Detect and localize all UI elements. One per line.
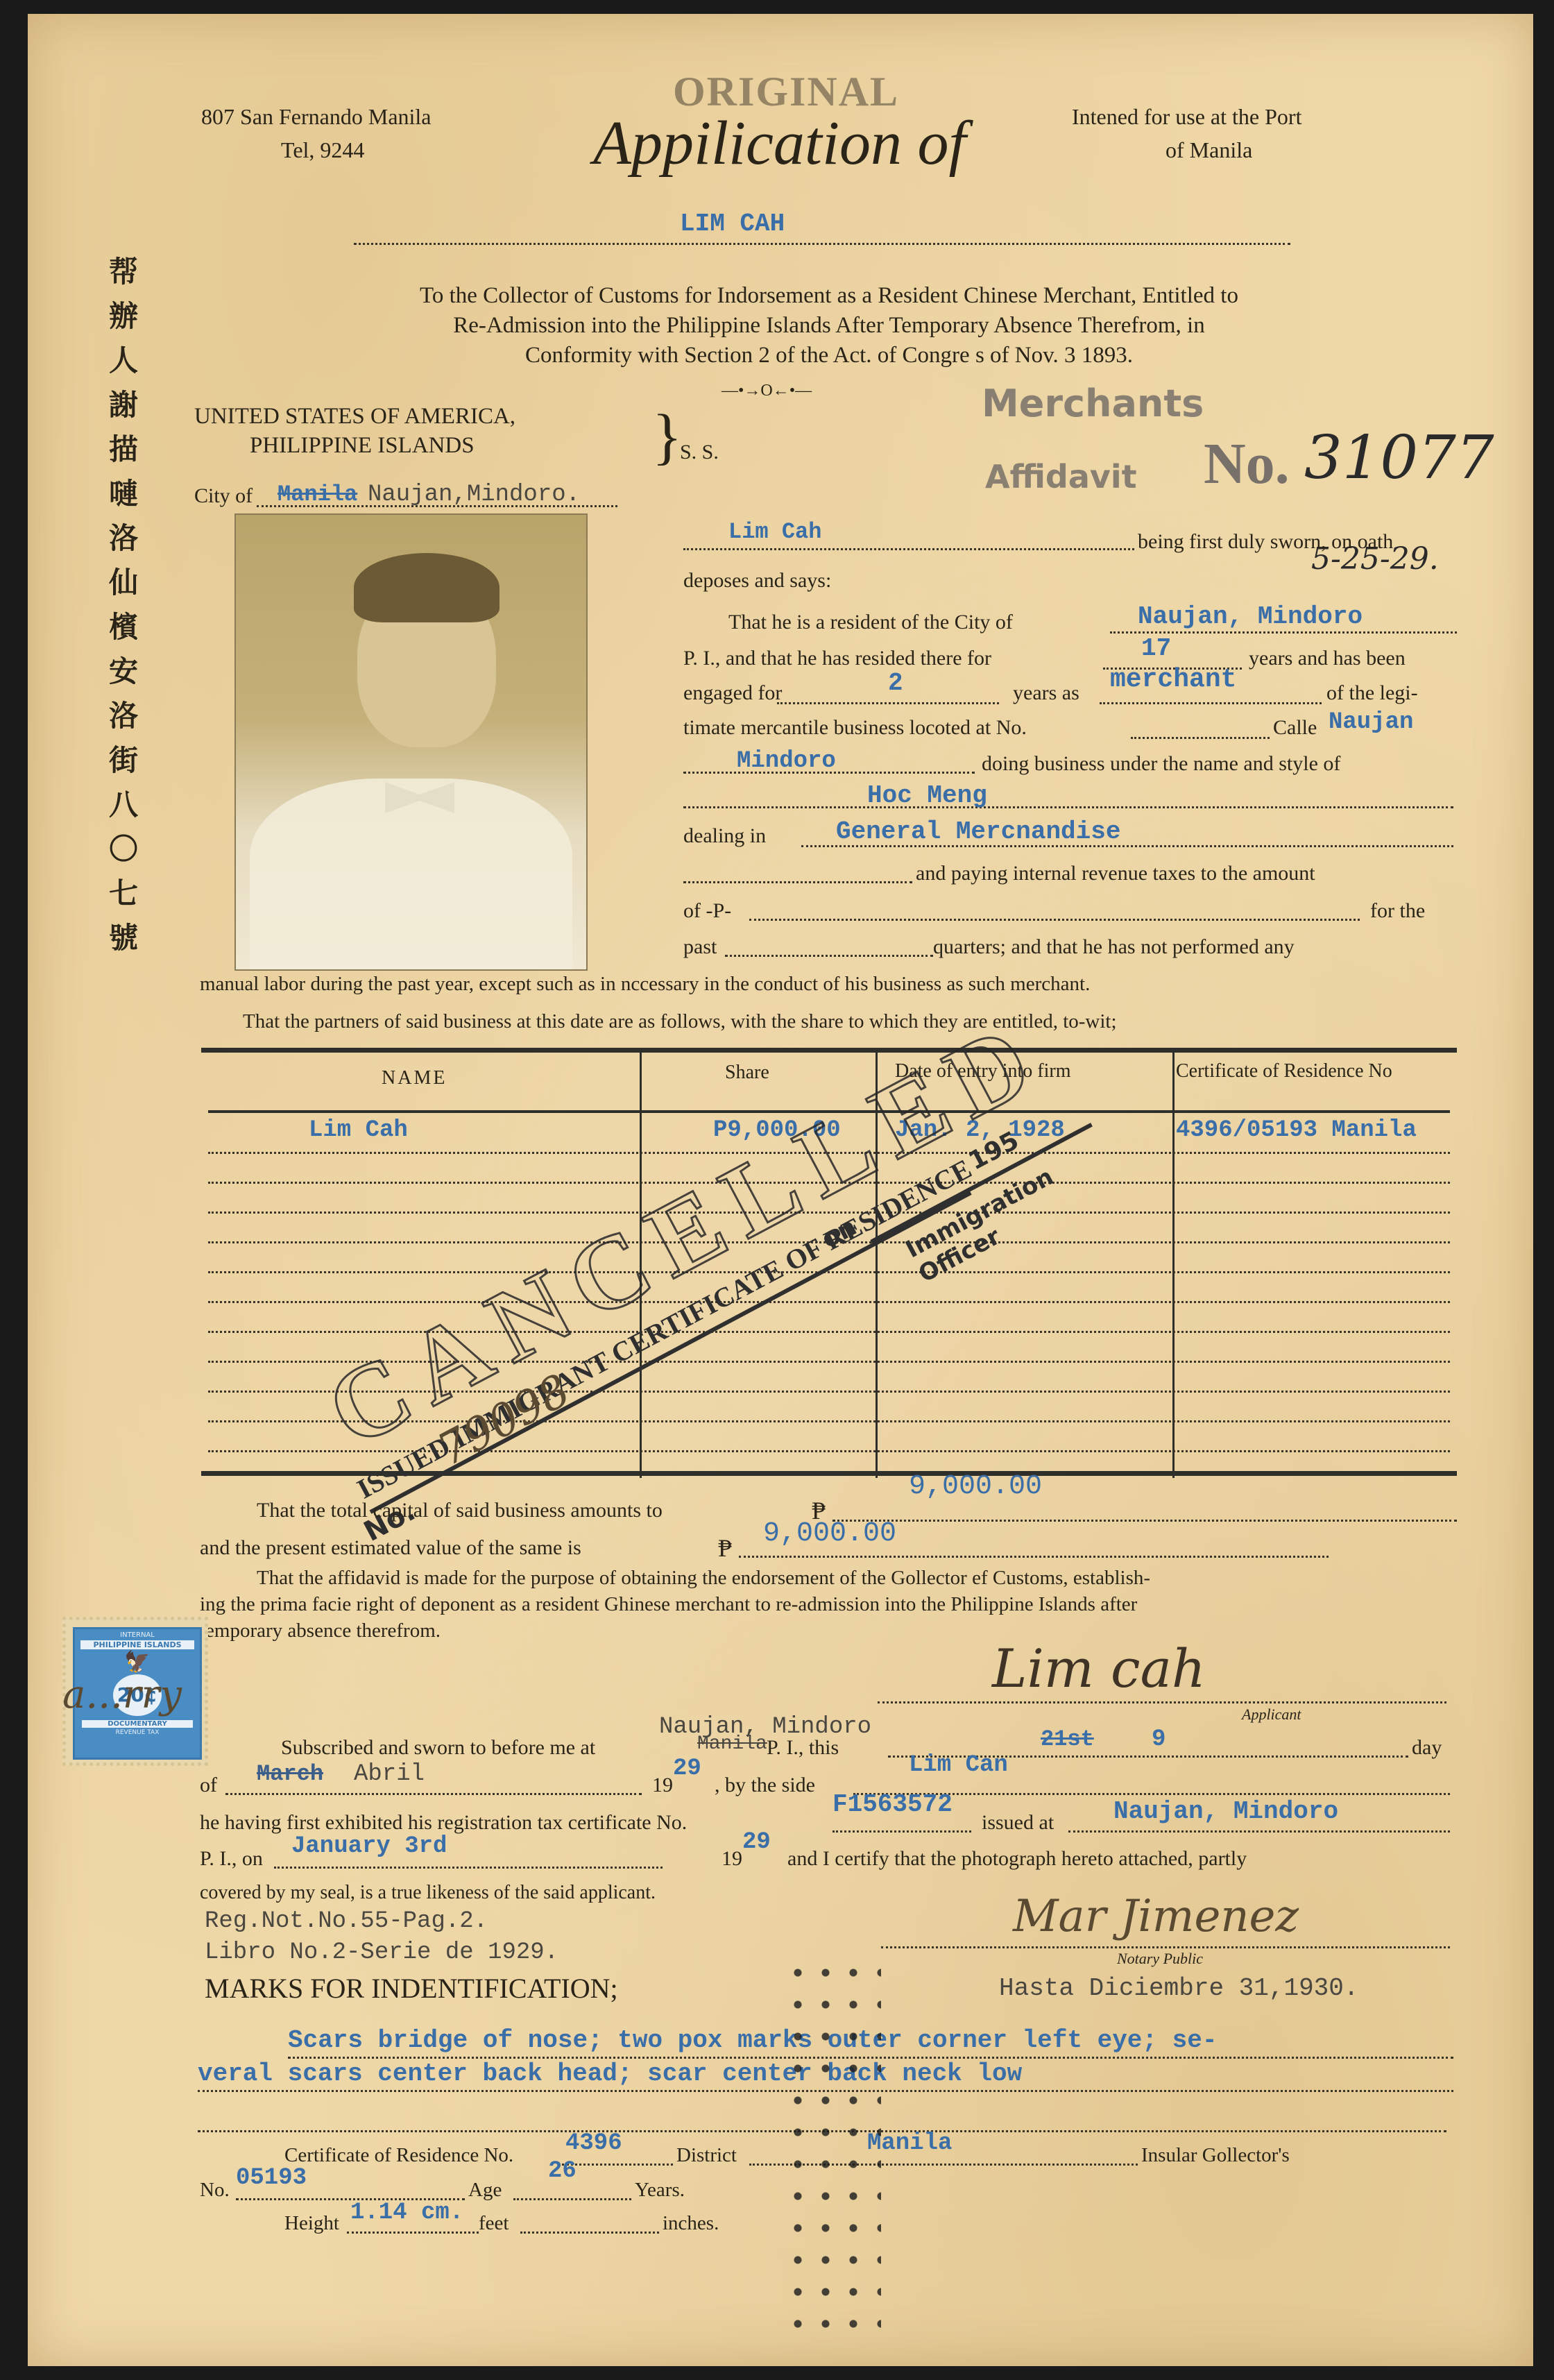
jurat-side-name: Lim Can	[909, 1752, 1008, 1778]
affidavit-no-label: No.	[1204, 430, 1290, 498]
telephone-line: Tel, 9244	[281, 137, 364, 163]
insular-no-value: 05193	[236, 2165, 307, 2191]
past-label: past	[683, 935, 717, 959]
city-struck-value: Manila	[277, 482, 357, 507]
jurisdiction-usa: UNITED STATES OF AMERICA,	[194, 404, 515, 430]
address-line: 807 San Fernando Manila	[201, 104, 432, 130]
chinese-vertical-text: 帮 辦 人 謝 描 嗹 洛 仙 檳 安 洛 街 八 〇 七 號	[103, 250, 144, 960]
resident-text: That he is a resident of the City of	[728, 611, 1013, 634]
jurat-day: 9	[1152, 1726, 1165, 1753]
subscribed-text: Subscribed and sworn to before me at	[281, 1736, 595, 1760]
affidavit-document: ORIGINAL 807 San Fernando Manila Tel, 92…	[28, 14, 1533, 2366]
tax-cert-no: F1563572	[832, 1790, 953, 1819]
of-label: of	[200, 1774, 217, 1797]
stamp-country: PHILIPPINE ISLANDS	[80, 1640, 194, 1649]
no-label: No.	[200, 2179, 230, 2202]
jurat-month: Abril	[354, 1761, 425, 1787]
stamp-cancel-signature: a...rry	[62, 1672, 182, 1717]
table-header-name: NAME	[382, 1067, 447, 1089]
age-value: 26	[548, 2158, 577, 2184]
merchants-stamp: Merchants	[982, 382, 1204, 425]
marks-line-1: Scars bridge of nose; two pox marks oute…	[288, 2026, 1217, 2055]
marks-heading: MARKS FOR INDENTIFICATION;	[205, 1972, 618, 2005]
height-label: Height	[284, 2212, 339, 2235]
tax-cert-text: he having first exhibited his registrati…	[200, 1811, 687, 1835]
purpose-line-3: temporary absence therefrom.	[200, 1620, 441, 1642]
height-value: 1.14 cm.	[350, 2200, 463, 2226]
cert-residence-label: Certificate of Residence No.	[284, 2144, 513, 2167]
resided-years: 17	[1141, 634, 1171, 663]
deponent-name: Lim Cah	[728, 519, 821, 545]
ss-label: S. S.	[680, 441, 719, 464]
marks-line-2: veral scars center back head; scar cente…	[198, 2059, 1022, 2088]
jurisdiction-pi: PHILIPPINE ISLANDS	[250, 433, 475, 459]
notary-book: Libro No.2-Serie de 1929.	[205, 1939, 558, 1966]
certify-text: and I certify that the photograph hereto…	[787, 1847, 1247, 1871]
notary-commission: Hasta Diciembre 31,1930.	[999, 1974, 1358, 2003]
jurat-year: 29	[673, 1756, 701, 1782]
total-capital-text: That the total capital of said business …	[257, 1499, 663, 1522]
photo-hair	[354, 553, 499, 622]
applicant-signature: Lim cah	[992, 1638, 1206, 1699]
day-label: day	[1412, 1736, 1442, 1760]
document-title: Appilication of	[593, 108, 966, 179]
stamp-bottom-text: REVENUE TAX	[75, 1729, 200, 1736]
year-prefix: 19	[652, 1774, 673, 1797]
tax-cert-place: Naujan, Mindoro	[1113, 1797, 1338, 1826]
age-label: Age	[468, 2179, 502, 2202]
city-value: Naujan,Mindoro.	[368, 482, 580, 508]
years-label: Years.	[635, 2179, 685, 2202]
doing-business-text: doing business under the name and style …	[982, 752, 1340, 776]
purpose-line-1: That the affidavid is made for the purpo…	[257, 1567, 1150, 1590]
perforation-marks	[784, 1957, 881, 2331]
issued-at: issued at	[982, 1811, 1054, 1835]
tax-amount-label: of -P-	[683, 899, 731, 923]
location-continuation: Mindoro	[737, 748, 836, 774]
taxes-text: and paying internal revenue taxes to the…	[916, 862, 1315, 885]
jurat-place-struck: Manila	[697, 1733, 767, 1755]
deposes-text: deposes and says:	[683, 569, 831, 593]
calle-value: Naujan	[1329, 709, 1413, 736]
estimated-value: 9,000.00	[763, 1518, 896, 1549]
by-the-side: , by the side	[715, 1774, 815, 1797]
photo-jacket	[250, 779, 572, 971]
estimated-value-text: and the present estimated value of the s…	[200, 1536, 581, 1560]
notary-signature: Mar Jimenez	[1013, 1891, 1299, 1942]
inches-label: inches.	[663, 2212, 719, 2235]
applicant-photo	[234, 513, 588, 971]
resided-text-b: years and has been	[1249, 647, 1406, 670]
for-the-label: for the	[1370, 899, 1425, 923]
tax-cert-date: January 3rd	[291, 1833, 447, 1860]
jurat-day-struck: 21st	[1041, 1726, 1094, 1752]
stamp-type: DOCUMENTARY	[82, 1720, 193, 1728]
total-capital-value: 9,000.00	[909, 1471, 1042, 1502]
applicant-name-header: LIM CAH	[680, 210, 785, 238]
pi-this: P. I., this	[767, 1736, 839, 1760]
engaged-text-b: years as	[1013, 681, 1079, 705]
feet-label: feet	[479, 2212, 509, 2235]
cert-residence-no: 4396	[565, 2130, 622, 2157]
covered-text: covered by my seal, is a true likeness o…	[200, 1882, 656, 1904]
brace: }	[652, 406, 682, 468]
issued-year-prefix: 19	[721, 1847, 742, 1871]
affidavit-number: 31077	[1304, 423, 1494, 493]
tax-cert-year: 29	[742, 1829, 771, 1855]
engaged-years: 2	[888, 669, 903, 697]
table-header-certificate: Certificate of Residence No	[1176, 1060, 1392, 1082]
partner-certificate: 4396/05193 Manila	[1176, 1117, 1417, 1144]
resident-city: Naujan, Mindoro	[1138, 602, 1363, 631]
jurat-month-struck: March	[257, 1761, 323, 1787]
calle-label: Calle	[1273, 716, 1317, 740]
intended-port-line-2: of Manila	[1165, 137, 1252, 163]
intro-paragraph: To the Collector of Customs for Indorsem…	[201, 281, 1457, 371]
occupation: merchant	[1110, 665, 1236, 695]
insular-collector-label: Insular Gollector's	[1141, 2144, 1290, 2167]
intended-port-line: Intened for use at the Port	[1072, 104, 1301, 130]
engaged-text: engaged for	[683, 681, 782, 705]
city-label: City of	[194, 484, 253, 508]
sworn-text: being first duly sworn, on oath	[1138, 530, 1393, 554]
purpose-line-2: ing the prima facie right of deponent as…	[200, 1593, 1137, 1616]
pi-on: P. I., on	[200, 1847, 263, 1871]
notary-register: Reg.Not.No.55-Pag.2.	[205, 1908, 488, 1935]
district-label: District	[676, 2144, 737, 2167]
business-name: Hoc Meng	[867, 781, 987, 810]
dealing-value: General Mercnandise	[836, 817, 1120, 846]
notary-label: Notary Public	[1117, 1950, 1203, 1968]
eagle-icon: 🦅	[75, 1651, 200, 1674]
dealing-label: dealing in	[683, 824, 766, 848]
ornament-divider: —•→O←•—	[721, 382, 812, 400]
engaged-text-c: of the legi-	[1326, 681, 1418, 705]
stamp-top-text: INTERNAL	[75, 1631, 200, 1639]
resided-text: P. I., and that he has resided there for	[683, 647, 991, 670]
applicant-label: Applicant	[1242, 1706, 1301, 1724]
peso-sign-2: ₱	[718, 1533, 732, 1563]
affidavit-stamp: Affidavit	[985, 458, 1137, 495]
located-text: timate mercantile business locoted at No…	[683, 716, 1027, 740]
applicant-name-line	[354, 243, 1290, 245]
